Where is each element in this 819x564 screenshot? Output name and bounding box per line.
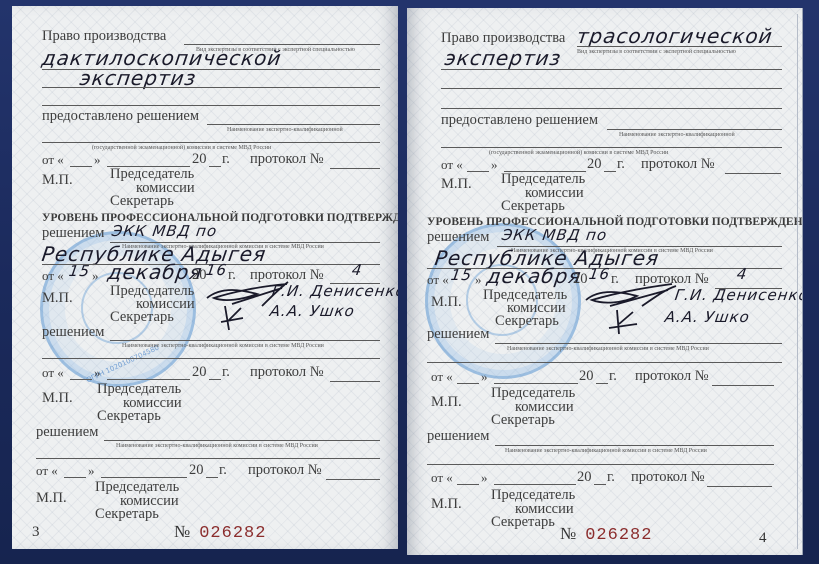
secretary-label: Секретарь [491,514,555,531]
quote-close: » [481,470,488,486]
seal-place-label: М.П. [42,290,73,307]
handwritten-month: декабря [485,264,583,288]
quote-close: » [475,272,482,288]
right-caption: Вид экспертизы в соответствии с экспертн… [577,49,736,55]
decision-label: решением [427,229,489,246]
seal-place-label: М.П. [42,172,73,189]
secretary-signature [607,308,641,338]
decision-label: решением [42,225,104,242]
handwritten-expertise-type: трасологической [575,24,774,48]
handwritten-protocol-number: 4 [736,265,749,283]
protocol-label: протокол № [250,151,324,168]
date-from-label: от « [42,365,64,381]
seal-place-label: М.П. [431,294,462,311]
year-prefix: 20 [579,368,594,385]
level-confirmed-heading: УРОВЕНЬ ПРОФЕССИОНАЛЬНОЙ ПОДГОТОВКИ ПОДТ… [427,216,803,228]
page-number: 4 [759,530,767,547]
year-prefix: 20 [189,462,204,479]
year-prefix: 20 [587,156,602,173]
decision-caption: Наименование экспертно-квалификационной … [116,443,318,449]
quote-close: » [94,152,101,168]
secretary-label: Секретарь [95,506,159,523]
quote-close: » [94,365,101,381]
level-confirmed-heading: УРОВЕНЬ ПРОФЕССИОНАЛЬНОЙ ПОДГОТОВКИ ПОДТ… [42,212,398,224]
left-page: ОГРН 1020100704580 Право производства Ви… [12,6,398,549]
page-number: 3 [32,524,40,541]
handwritten-chairman-name: Г.И. Денисенко [271,282,398,300]
handwritten-day: 15 [68,262,92,280]
granted-caption: Наименование экспертно-квалификационной [227,127,343,133]
number-sign: № [174,522,191,541]
secretary-label: Секретарь [491,412,555,429]
granted-label: предоставлено решением [42,108,199,125]
right-label: Право производства [42,28,166,45]
date-from-label: от « [431,369,453,385]
decision-label: решением [427,428,489,445]
date-from-label: от « [441,157,463,173]
year-prefix: 20 [192,364,207,381]
granted-label: предоставлено решением [441,112,598,129]
serial-value: 026282 [585,526,652,545]
year-suffix: г. [607,469,615,486]
right-label: Право производства [441,30,565,47]
seal-place-label: М.П. [441,176,472,193]
date-from-label: от « [36,463,58,479]
protocol-label: протокол № [641,156,715,173]
seal-place-label: М.П. [431,394,462,411]
year-suffix: г. [222,151,230,168]
decision-caption: Наименование экспертно-квалификационной … [122,343,324,349]
year-suffix: г. [609,368,617,385]
quote-close: » [92,268,99,284]
year-suffix: г. [219,462,227,479]
handwritten-chairman-name: Г.И. Денисенко [674,286,803,304]
secretary-signature [217,304,247,334]
secretary-label: Секретарь [97,408,161,425]
handwritten-day: 15 [450,266,474,284]
serial-value: 026282 [199,524,266,543]
year-prefix: 20 [577,469,592,486]
protocol-label: протокол № [635,368,709,385]
handwritten-secretary-name: А.А. Ушко [269,302,356,320]
decision-label: решением [36,424,98,441]
secretary-label: Секретарь [110,309,174,326]
protocol-label: протокол № [250,364,324,381]
handwritten-commission: ЭКК МВД по [501,226,609,244]
number-sign: № [560,524,577,543]
year-suffix: г. [617,156,625,173]
quote-close: » [491,157,498,173]
handwritten-secretary-name: А.А. Ушко [664,308,751,326]
decision-label: решением [427,326,489,343]
secretary-label: Секретарь [501,198,565,215]
granted-caption-2: (государственной экзаменационной) комисс… [92,145,271,151]
handwritten-month: декабря [106,260,204,284]
decision-caption: Наименование экспертно-квалификационной … [505,448,707,454]
handwritten-expertise-word: экспертиз [443,46,563,70]
seal-place-label: М.П. [42,390,73,407]
seal-place-label: М.П. [431,496,462,513]
seal-place-label: М.П. [36,490,67,507]
right-page: Право производства трасологической Вид э… [407,8,803,555]
date-from-label: от « [431,470,453,486]
serial-number: №026282 [174,522,266,543]
secretary-label: Секретарь [110,193,174,210]
date-from-label: от « [42,268,64,284]
granted-caption: Наименование экспертно-квалификационной [619,132,735,138]
secretary-label: Секретарь [495,313,559,330]
serial-number: №026282 [560,524,652,545]
handwritten-protocol-number: 4 [351,261,364,279]
year-suffix: г. [222,364,230,381]
handwritten-commission: ЭКК МВД по [111,222,219,240]
decision-label: решением [42,324,104,341]
protocol-label: протокол № [248,462,322,479]
decision-caption: Наименование экспертно-квалификационной … [507,346,709,352]
quote-close: » [481,369,488,385]
quote-close: » [88,463,95,479]
date-from-label: от « [42,152,64,168]
date-from-label: от « [427,272,449,288]
protocol-label: протокол № [631,469,705,486]
